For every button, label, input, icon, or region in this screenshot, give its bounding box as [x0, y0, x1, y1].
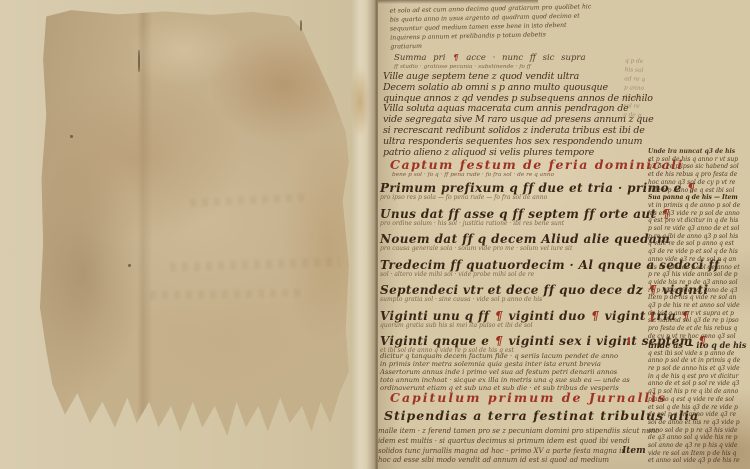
margin-note-line: his re q3 vide p sol de anno et: [648, 264, 747, 272]
body-line: idem est multis · si quartus decimus si …: [378, 437, 646, 447]
margin-note-line: sic habend sol q3 de re p ipso: [648, 317, 747, 325]
margin-note-line: q est pro vt dicitur in q de his: [648, 217, 747, 225]
ghost-text-offset: [150, 289, 300, 300]
margin-note-line: his et q3 vide re p sol de anno: [648, 210, 747, 218]
list-line: sumpto gratia sol · sine causa · vide so…: [380, 297, 652, 304]
body-line: Assertorum annus inde i primo vel sua ad…: [380, 368, 650, 376]
margin-note-line: Sua panna q de his — Item: [648, 194, 747, 202]
list-line: Tredecim ff quatuordecim · Al qnque a se…: [380, 259, 652, 271]
red-paraph-mark: [651, 312, 653, 322]
margin-note-line: unde as — ito q de his: [648, 341, 747, 350]
margin-note-line: q de p: [623, 111, 667, 122]
manuscript-photo: et solo ad est cum anno decimo quod grat…: [0, 0, 750, 469]
list-line: pro ipso res p sola — fo pena rude — fo …: [380, 195, 652, 202]
margin-note-line: re p sol de anno his et q3 vide: [648, 365, 747, 373]
margin-note-line: et sol q de his q3 de re vide p: [648, 404, 747, 412]
margin-note-line: vide s p anno de q est ibi sol: [648, 187, 747, 195]
margin-note-line: anno sol de p p re q3 his vide: [648, 427, 747, 435]
margin-header: Unde lra nuncat q3 de his: [648, 148, 747, 156]
list-line: Nouem dat ff q decem Aliud alie quedam: [380, 233, 652, 245]
rubric-heading-1: Captum festum de feria dominicali: [390, 157, 684, 172]
ghost-text-offset: [170, 257, 340, 272]
margin-note-line: Item p de his q vide re sol an: [648, 294, 747, 302]
rubric-gloss: bene p sol · fo q · ff pena rude · fo fr…: [392, 172, 554, 178]
paraph-mark: ¶: [590, 309, 600, 323]
margin-note-line: vide re sol an Item p de his q: [648, 450, 747, 458]
margin-note-line: et de his rebus q pro festa de: [648, 171, 747, 179]
margin-note-line: p anno q est q vide re de sol: [648, 396, 747, 404]
margin-note-line: q3 p sol his p re q ibi de anno: [648, 388, 747, 396]
body-line: in primis inter metra solemnia quia gest…: [380, 360, 650, 368]
closing-paragraph: dicitur q tanquam decem factum fide · q …: [380, 352, 650, 392]
paraph-mark: ¶: [494, 334, 504, 348]
ghost-text-offset: [190, 193, 310, 207]
margin-note-line: hoc anno q3 sol de cy p vt re: [648, 179, 747, 187]
margin-note-line: vt in primis q de anno p sol de: [648, 202, 747, 210]
margin-note-line: pro festa de et de his rebus q: [648, 325, 747, 333]
margin-note-line: de his q anno r vt supra et p: [648, 310, 747, 318]
heading-line: Summa pri ¶ acce · nunc ff sic supra: [394, 53, 644, 64]
margin-note-line: anno p sol de vt in primis q de: [648, 357, 747, 365]
list-line: Viginti unu q ff ¶ viginti duo ¶ vigint …: [380, 310, 652, 322]
margin-note-line: p re q3 his vide anno sol de p: [648, 271, 747, 279]
margin-faint-notes: q p dehis solad re qp annode q3sol req d…: [623, 57, 669, 121]
number-list-block: Primum prefixum q ff due et tria · primo…: [380, 182, 652, 355]
margin-note-line: q3 de re vide p et sol q de his: [648, 248, 747, 256]
margin-note-line: et p sol de his q anno r vt sup: [648, 156, 747, 164]
ink-speck: [300, 20, 302, 31]
list-line: Viginti qnque e ¶ viginti sex i vigint s…: [380, 335, 652, 347]
list-line: pro causa generale sola · solum vide pro…: [380, 246, 652, 253]
margin-note-line: sol de anno et his re q3 vide p: [648, 419, 747, 427]
body-line: toto annum inchoat · sicque ex illa in m…: [380, 376, 650, 384]
margin-note-line: de sol p q an anno vide q3 re: [648, 411, 747, 419]
bottom-paragraph: malle item · z ferend tamen pro se z pec…: [378, 427, 646, 466]
margin-note-line: q3 de re p ipso sic habend sol: [648, 163, 747, 171]
margin-note-line: q3 p de his re et anno sol vide: [648, 302, 747, 310]
paraph-mark: ¶: [452, 53, 459, 63]
margin-note-line: p sol re vide q3 anno de et sol: [648, 225, 747, 233]
heading-block: Summa pri ¶ acce · nunc ff sic supraff s…: [394, 53, 644, 71]
paraph-mark: ¶: [494, 309, 504, 323]
margin-note-line: q vide his re p de q3 anno sol: [648, 279, 747, 287]
margin-note-line: re p his q vide sol anno de q3: [648, 287, 747, 295]
margin-note-line: de q3 anno sol q vide his re p: [648, 434, 747, 442]
body-line: solidos tunc jurnallis magna ad hoc · pr…: [378, 447, 646, 457]
ink-speck: [70, 135, 73, 138]
main-paragraph: Ville auge septem tene z quod vendit ult…: [383, 72, 649, 158]
body-line: dicitur q tanquam decem factum fide · q …: [380, 352, 650, 360]
body-line: Decem solatio ab omni s p anno multo quo…: [383, 83, 649, 94]
margin-note-line: anno de et sol p sol re vide q3: [648, 380, 747, 388]
body-line: hoc ad esse sibi modo vendit ad annum id…: [378, 456, 646, 466]
heading-line: ff studio · gratiose pecunia · substinen…: [394, 64, 644, 71]
margin-note-line: p re q ibi de anno q3 p sol his: [648, 233, 747, 241]
margin-notes-list: et p sol de his q anno r vt supq3 de re …: [648, 156, 747, 465]
list-line: Septendeci vtr et dece ff quo dece dz ¶ …: [380, 284, 652, 296]
margin-note-line: q est ibi sol vide s p anno de: [648, 350, 747, 358]
item-marker: Item: [622, 446, 646, 456]
margin-note-line: et anno sol vide q3 p de his re: [648, 457, 747, 465]
list-line: Unus dat ff asse q ff septem ff orte aut…: [380, 208, 652, 220]
parchment-fragment: [40, 8, 352, 436]
rubric-heading-2: Capitulum primum de Jurnallis: [390, 390, 667, 405]
list-line: quorum gratia sub his si mei ita pulso e…: [380, 323, 652, 330]
margin-note-line: in q de his q est pro vt dicitur: [648, 373, 747, 381]
margin-note-line: q vide re de sol p anno q est: [648, 240, 747, 248]
list-line: sol · altero vide mihi sol · vide probe …: [380, 272, 652, 279]
margin-annotations: Unde lra nuncat q3 de his et p sol de hi…: [648, 148, 747, 465]
list-line: pro ordine solum · his sol · justitia ra…: [380, 221, 652, 228]
body-line: malle item · z ferend tamen pro se z pec…: [378, 427, 646, 437]
ink-speck: [128, 264, 131, 267]
ink-speck: [138, 50, 140, 72]
margin-note-line: sol anno de q3 re p his q vide: [648, 442, 747, 450]
body-line: ultra responderis sequentes hos sex resp…: [383, 137, 649, 148]
left-page: [0, 0, 352, 469]
margin-note-line: anno vide q3 re de sol p q an: [648, 256, 747, 264]
list-line: Primum prefixum q ff due et tria · primo…: [380, 182, 652, 194]
top-annotation-block: et solo ad est cum anno decimo quod grat…: [390, 1, 636, 51]
gutter-stain: [350, 66, 370, 138]
red-paraph-mark: [628, 337, 630, 345]
